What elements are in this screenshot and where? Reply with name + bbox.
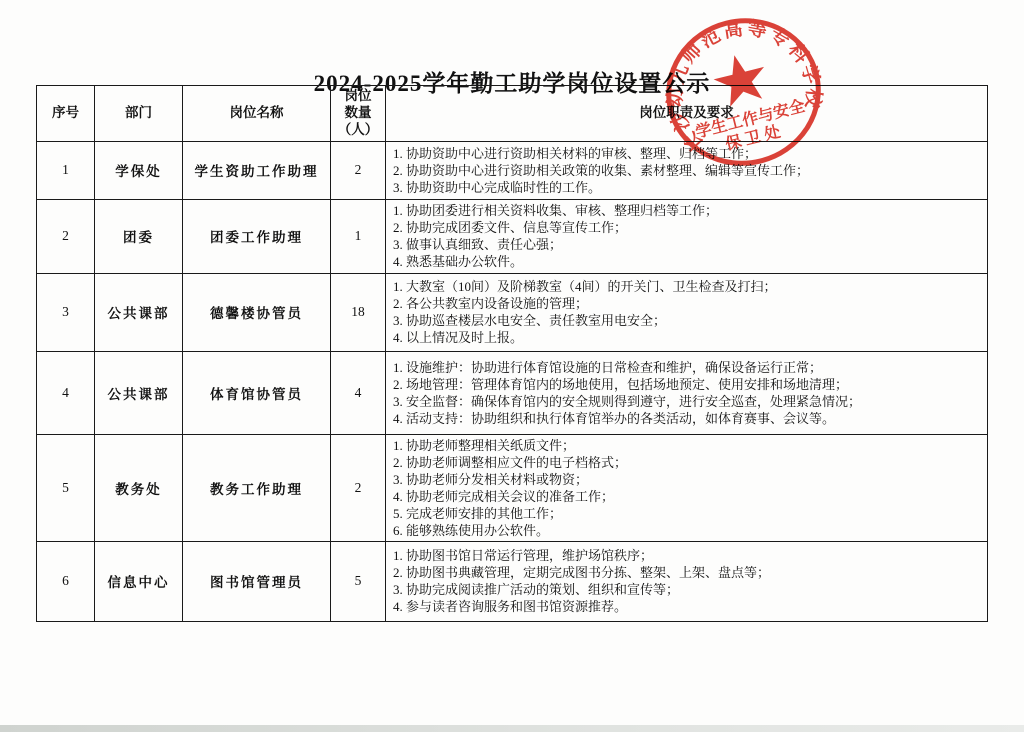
cell-no: 6 [37, 541, 95, 621]
positions-table: 序号 部门 岗位名称 岗位数量（人） 岗位职责及要求 1 学保处 学生资助工作助… [36, 85, 988, 622]
cell-count: 5 [331, 541, 386, 621]
table-row: 2 团委 团委工作助理 1 1. 协助团委进行相关资料收集、审核、整理归档等工作… [37, 199, 988, 273]
cell-no: 5 [37, 434, 95, 541]
cell-dept: 公共课部 [95, 273, 183, 351]
header-no: 序号 [37, 86, 95, 142]
cell-count: 1 [331, 199, 386, 273]
table-row: 1 学保处 学生资助工作助理 2 1. 协助资助中心进行资助相关材料的审核、整理… [37, 141, 988, 199]
cell-duties: 1. 设施维护：协助进行体育馆设施的日常检查和维护，确保设备运行正常；2. 场地… [386, 351, 988, 434]
table-row: 5 教务处 教务工作助理 2 1. 协助老师整理相关纸质文件；2. 协助老师调整… [37, 434, 988, 541]
cell-dept: 信息中心 [95, 541, 183, 621]
cell-position: 学生资助工作助理 [183, 141, 331, 199]
header-count: 岗位数量（人） [331, 86, 386, 142]
cell-duties: 1. 协助老师整理相关纸质文件；2. 协助老师调整相应文件的电子档格式；3. 协… [386, 434, 988, 541]
cell-no: 3 [37, 273, 95, 351]
cell-dept: 公共课部 [95, 351, 183, 434]
cell-position: 德馨楼协管员 [183, 273, 331, 351]
cell-count: 4 [331, 351, 386, 434]
cell-no: 2 [37, 199, 95, 273]
header-duties: 岗位职责及要求 [386, 86, 988, 142]
cell-dept: 教务处 [95, 434, 183, 541]
cell-duties: 1. 协助图书馆日常运行管理，维护场馆秩序；2. 协助图书典藏管理，定期完成图书… [386, 541, 988, 621]
cell-count: 2 [331, 141, 386, 199]
cell-duties: 1. 协助团委进行相关资料收集、审核、整理归档等工作；2. 协助完成团委文件、信… [386, 199, 988, 273]
cell-count: 18 [331, 273, 386, 351]
header-dept: 部门 [95, 86, 183, 142]
cell-position: 教务工作助理 [183, 434, 331, 541]
cell-dept: 学保处 [95, 141, 183, 199]
cell-dept: 团委 [95, 199, 183, 273]
scan-edge-artifact [0, 725, 1024, 732]
table-row: 3 公共课部 德馨楼协管员 18 1. 大教室（10间）及阶梯教室（4间）的开关… [37, 273, 988, 351]
cell-no: 1 [37, 141, 95, 199]
table-row: 6 信息中心 图书馆管理员 5 1. 协助图书馆日常运行管理，维护场馆秩序；2.… [37, 541, 988, 621]
cell-duties: 1. 大教室（10间）及阶梯教室（4间）的开关门、卫生检查及打扫；2. 各公共教… [386, 273, 988, 351]
cell-count: 2 [331, 434, 386, 541]
cell-position: 图书馆管理员 [183, 541, 331, 621]
cell-no: 4 [37, 351, 95, 434]
cell-position: 体育馆协管员 [183, 351, 331, 434]
table-row: 4 公共课部 体育馆协管员 4 1. 设施维护：协助进行体育馆设施的日常检查和维… [37, 351, 988, 434]
table-header-row: 序号 部门 岗位名称 岗位数量（人） 岗位职责及要求 [37, 86, 988, 142]
header-position: 岗位名称 [183, 86, 331, 142]
cell-position: 团委工作助理 [183, 199, 331, 273]
cell-duties: 1. 协助资助中心进行资助相关材料的审核、整理、归档等工作；2. 协助资助中心进… [386, 141, 988, 199]
